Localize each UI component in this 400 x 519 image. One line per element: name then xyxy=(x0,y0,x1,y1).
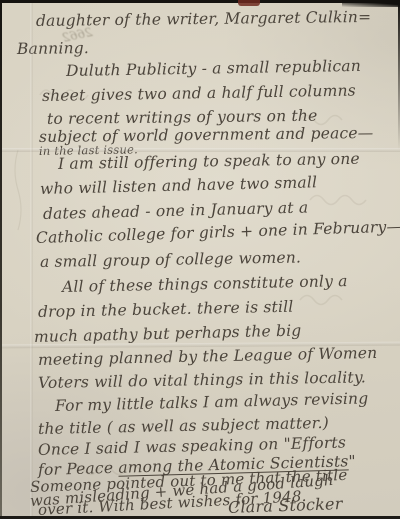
letter-line: drop in the bucket. there is still xyxy=(38,298,294,322)
letter-line: sheet gives two and a half full columns xyxy=(42,82,356,106)
letter-line: Banning. xyxy=(17,39,89,58)
vertical-crease xyxy=(30,0,33,519)
letter-line: For my little talks I am always revising xyxy=(55,389,369,415)
letter-line: I am still offering to speak to any one xyxy=(58,150,360,174)
red-edge-mark xyxy=(238,0,260,6)
letter-line: Duluth Publicity - a small republican xyxy=(66,57,361,81)
scan-corner-shadow xyxy=(342,0,400,7)
letter-line: dates ahead - one in January at a xyxy=(43,199,309,224)
letter-line: a small group of college women. xyxy=(40,248,301,271)
signature: Clara Stocker xyxy=(228,494,343,517)
letter-page: 2662 daughter of the writer, Margaret Cu… xyxy=(0,0,400,519)
letter-line: who will listen and have two small xyxy=(40,173,318,198)
letter-line: daughter of the writer, Margaret Culkin= xyxy=(36,8,371,31)
letter-line: All of these things constitute only a xyxy=(62,272,348,297)
scan-edge-left xyxy=(0,0,2,519)
scan-edge-top xyxy=(0,0,400,3)
letter-line: much apathy but perhaps the big xyxy=(34,321,302,346)
letter-line: meeting planned by the League of Women xyxy=(38,344,378,370)
letter-line: Voters will do vital things in this loca… xyxy=(38,368,366,392)
phrase-suffix: " xyxy=(348,452,356,470)
